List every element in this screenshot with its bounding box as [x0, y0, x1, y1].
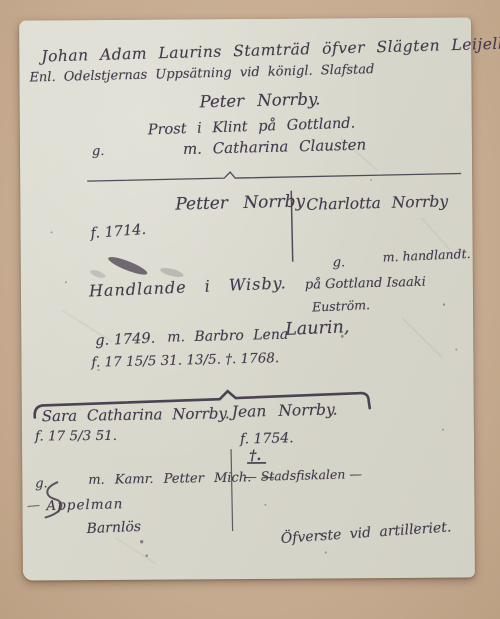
- gen1-married-abbr: g.: [92, 144, 105, 159]
- gen2-left-name: Petter Norrby: [175, 191, 305, 214]
- gen2-right-married-abbr: g.: [333, 255, 346, 270]
- gen3-left-married-abbr: g.: [35, 476, 48, 491]
- gen3-left-note: Barnlös: [86, 519, 141, 537]
- manuscript-paper: Johan Adam Laurins Stamträd öfver Slägte…: [19, 17, 475, 580]
- gen3-right-name: Jean Norrby.: [232, 400, 338, 421]
- margin-dash: [27, 505, 39, 506]
- ink-smudge-faint: [89, 269, 106, 280]
- gen3-left-name: Sara Catharina Norrby.: [42, 404, 230, 425]
- gen3-left-spouse-surname: Appelman: [46, 496, 123, 514]
- gen2-marriage-spouse: m. Barbro Lena: [167, 327, 288, 346]
- gen2-right-spouse-line2: på Gottland Isaaki: [305, 275, 426, 293]
- gen3-right-died-symbol: †.: [249, 448, 261, 464]
- gen1-name: Peter Norrby.: [199, 89, 320, 111]
- ink-smudge: [107, 254, 149, 278]
- gen2-marriage-year: g. 1749.: [95, 331, 156, 349]
- jean-descent-line: [231, 449, 233, 531]
- gen3-left-born: f. 17 5/3 51.: [35, 428, 117, 445]
- gen2-right-spouse-line3: Euström.: [312, 297, 371, 314]
- gen2-right-name: Charlotta Norrby: [306, 192, 448, 213]
- gen3-right-title: — Stadsfiskalen —: [244, 466, 362, 484]
- photograph-of-manuscript: { "colors": { "mat": "#c8ad93", "paper":…: [0, 0, 500, 619]
- generation-divider-line: [87, 171, 461, 182]
- gen3-right-born: f. 1754.: [240, 430, 294, 447]
- gen2-marriage-spouse-surname: Laurin,: [285, 317, 350, 340]
